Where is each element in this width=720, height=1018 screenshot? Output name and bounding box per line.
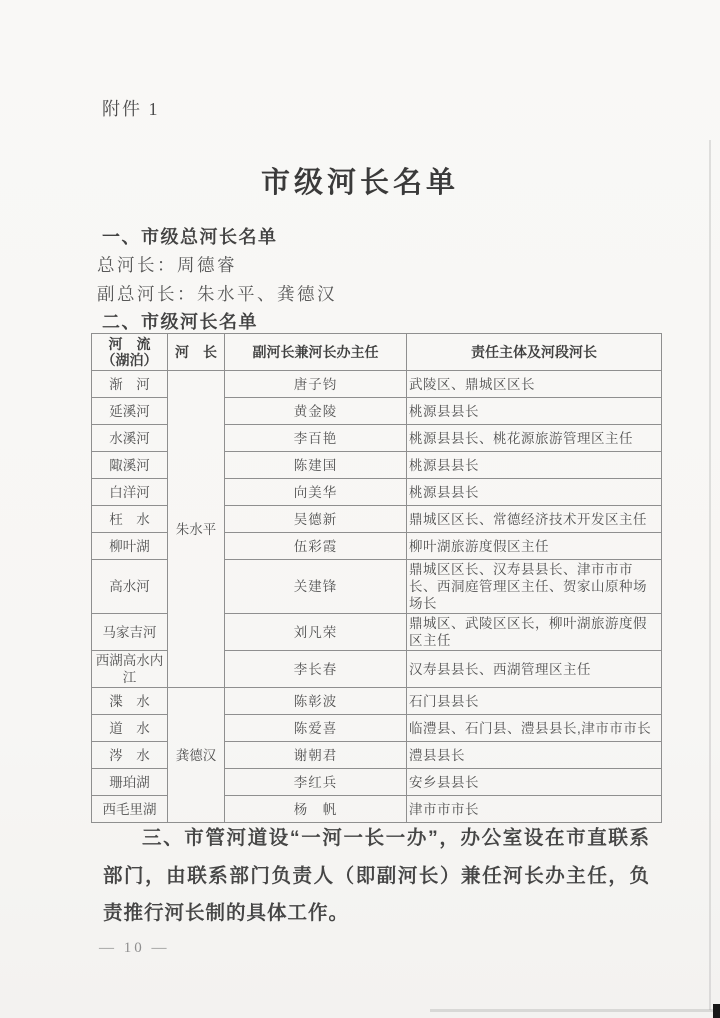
header-deputy: 副河长兼河长办主任 <box>225 334 407 371</box>
responsible-cell: 临澧县、石门县、澧县县长,津市市市长 <box>407 715 662 742</box>
scan-edge-artifact <box>709 140 711 1010</box>
river-cell: 水溪河 <box>92 425 168 452</box>
chief-cell: 龚德汉 <box>168 688 225 823</box>
attachment-label: 附件 1 <box>102 95 160 121</box>
river-cell: 枉 水 <box>92 506 168 533</box>
scan-corner-mark-artifact <box>713 1004 720 1018</box>
river-cell: 道 水 <box>92 715 168 742</box>
responsible-cell: 津市市市长 <box>407 796 662 823</box>
deputy-cell: 谢朝君 <box>225 742 407 769</box>
deputy-cell: 吴德新 <box>225 506 407 533</box>
river-cell: 珊珀湖 <box>92 769 168 796</box>
header-river: 河 流 （湖泊） <box>92 334 168 371</box>
responsible-cell: 桃源县县长 <box>407 479 662 506</box>
section2-heading: 二、市级河长名单 <box>102 308 258 334</box>
responsible-cell: 柳叶湖旅游度假区主任 <box>407 533 662 560</box>
deputy-cell: 陈彰波 <box>225 688 407 715</box>
deputy-cell: 陈建国 <box>225 452 407 479</box>
river-cell: 马家吉河 <box>92 614 168 651</box>
general-chief-line: 总河长：周德睿 <box>97 252 237 277</box>
page-title: 市级河长名单 <box>0 160 720 201</box>
river-chief-table: 河 流 （湖泊） 河 长 副河长兼河长办主任 责任主体及河段河长 渐 河 朱水平… <box>91 333 662 823</box>
responsible-cell: 汉寿县县长、西湖管理区主任 <box>407 651 662 688</box>
deputy-cell: 黄金陵 <box>225 398 407 425</box>
river-cell: 西湖高水内江 <box>92 651 168 688</box>
responsible-cell: 桃源县县长、桃花源旅游管理区主任 <box>407 425 662 452</box>
responsible-cell: 桃源县县长 <box>407 452 662 479</box>
river-cell: 西毛里湖 <box>92 796 168 823</box>
scanned-document-page: 附件 1 市级河长名单 一、市级总河长名单 总河长：周德睿 副总河长：朱水平、龚… <box>0 0 720 1018</box>
chief-cell: 朱水平 <box>168 371 225 688</box>
river-cell: 柳叶湖 <box>92 533 168 560</box>
header-responsible: 责任主体及河段河长 <box>407 334 662 371</box>
responsible-cell: 鼎城区区长、汉寿县县长、津市市市长、西洞庭管理区主任、贺家山原种场场长 <box>407 560 662 614</box>
river-cell: 渐 河 <box>92 371 168 398</box>
responsible-cell: 鼎城区、武陵区区长，柳叶湖旅游度假区主任 <box>407 614 662 651</box>
river-cell: 延溪河 <box>92 398 168 425</box>
table-row: 渐 河 朱水平 唐子钧 武陵区、鼎城区区长 <box>92 371 662 398</box>
river-cell: 涔 水 <box>92 742 168 769</box>
responsible-cell: 武陵区、鼎城区区长 <box>407 371 662 398</box>
responsible-cell: 石门县县长 <box>407 688 662 715</box>
deputy-cell: 关建锋 <box>225 560 407 614</box>
deputy-cell: 刘凡荣 <box>225 614 407 651</box>
river-cell: 陬溪河 <box>92 452 168 479</box>
page-number: — 10 — <box>99 940 170 957</box>
responsible-cell: 桃源县县长 <box>407 398 662 425</box>
section3-paragraph: 三、市管河道设“一河一长一办”，办公室设在市直联系部门，由联系部门负责人（即副河… <box>103 820 650 933</box>
deputy-cell: 唐子钧 <box>225 371 407 398</box>
deputy-cell: 李红兵 <box>225 769 407 796</box>
river-cell: 白洋河 <box>92 479 168 506</box>
deputy-cell: 李百艳 <box>225 425 407 452</box>
deputy-general-chief-line: 副总河长：朱水平、龚德汉 <box>97 281 337 306</box>
table-header-row: 河 流 （湖泊） 河 长 副河长兼河长办主任 责任主体及河段河长 <box>92 334 662 371</box>
river-cell: 渫 水 <box>92 688 168 715</box>
responsible-cell: 安乡县县长 <box>407 769 662 796</box>
section1-heading: 一、市级总河长名单 <box>102 223 278 249</box>
table-row: 渫 水 龚德汉 陈彰波 石门县县长 <box>92 688 662 715</box>
responsible-cell: 澧县县长 <box>407 742 662 769</box>
river-cell: 高水河 <box>92 560 168 614</box>
scan-bottom-shade-artifact <box>430 1009 714 1012</box>
deputy-cell: 李长春 <box>225 651 407 688</box>
header-chief: 河 长 <box>168 334 225 371</box>
deputy-cell: 向美华 <box>225 479 407 506</box>
deputy-cell: 陈爱喜 <box>225 715 407 742</box>
deputy-cell: 伍彩霞 <box>225 533 407 560</box>
deputy-cell: 杨 帆 <box>225 796 407 823</box>
responsible-cell: 鼎城区区长、常德经济技术开发区主任 <box>407 506 662 533</box>
